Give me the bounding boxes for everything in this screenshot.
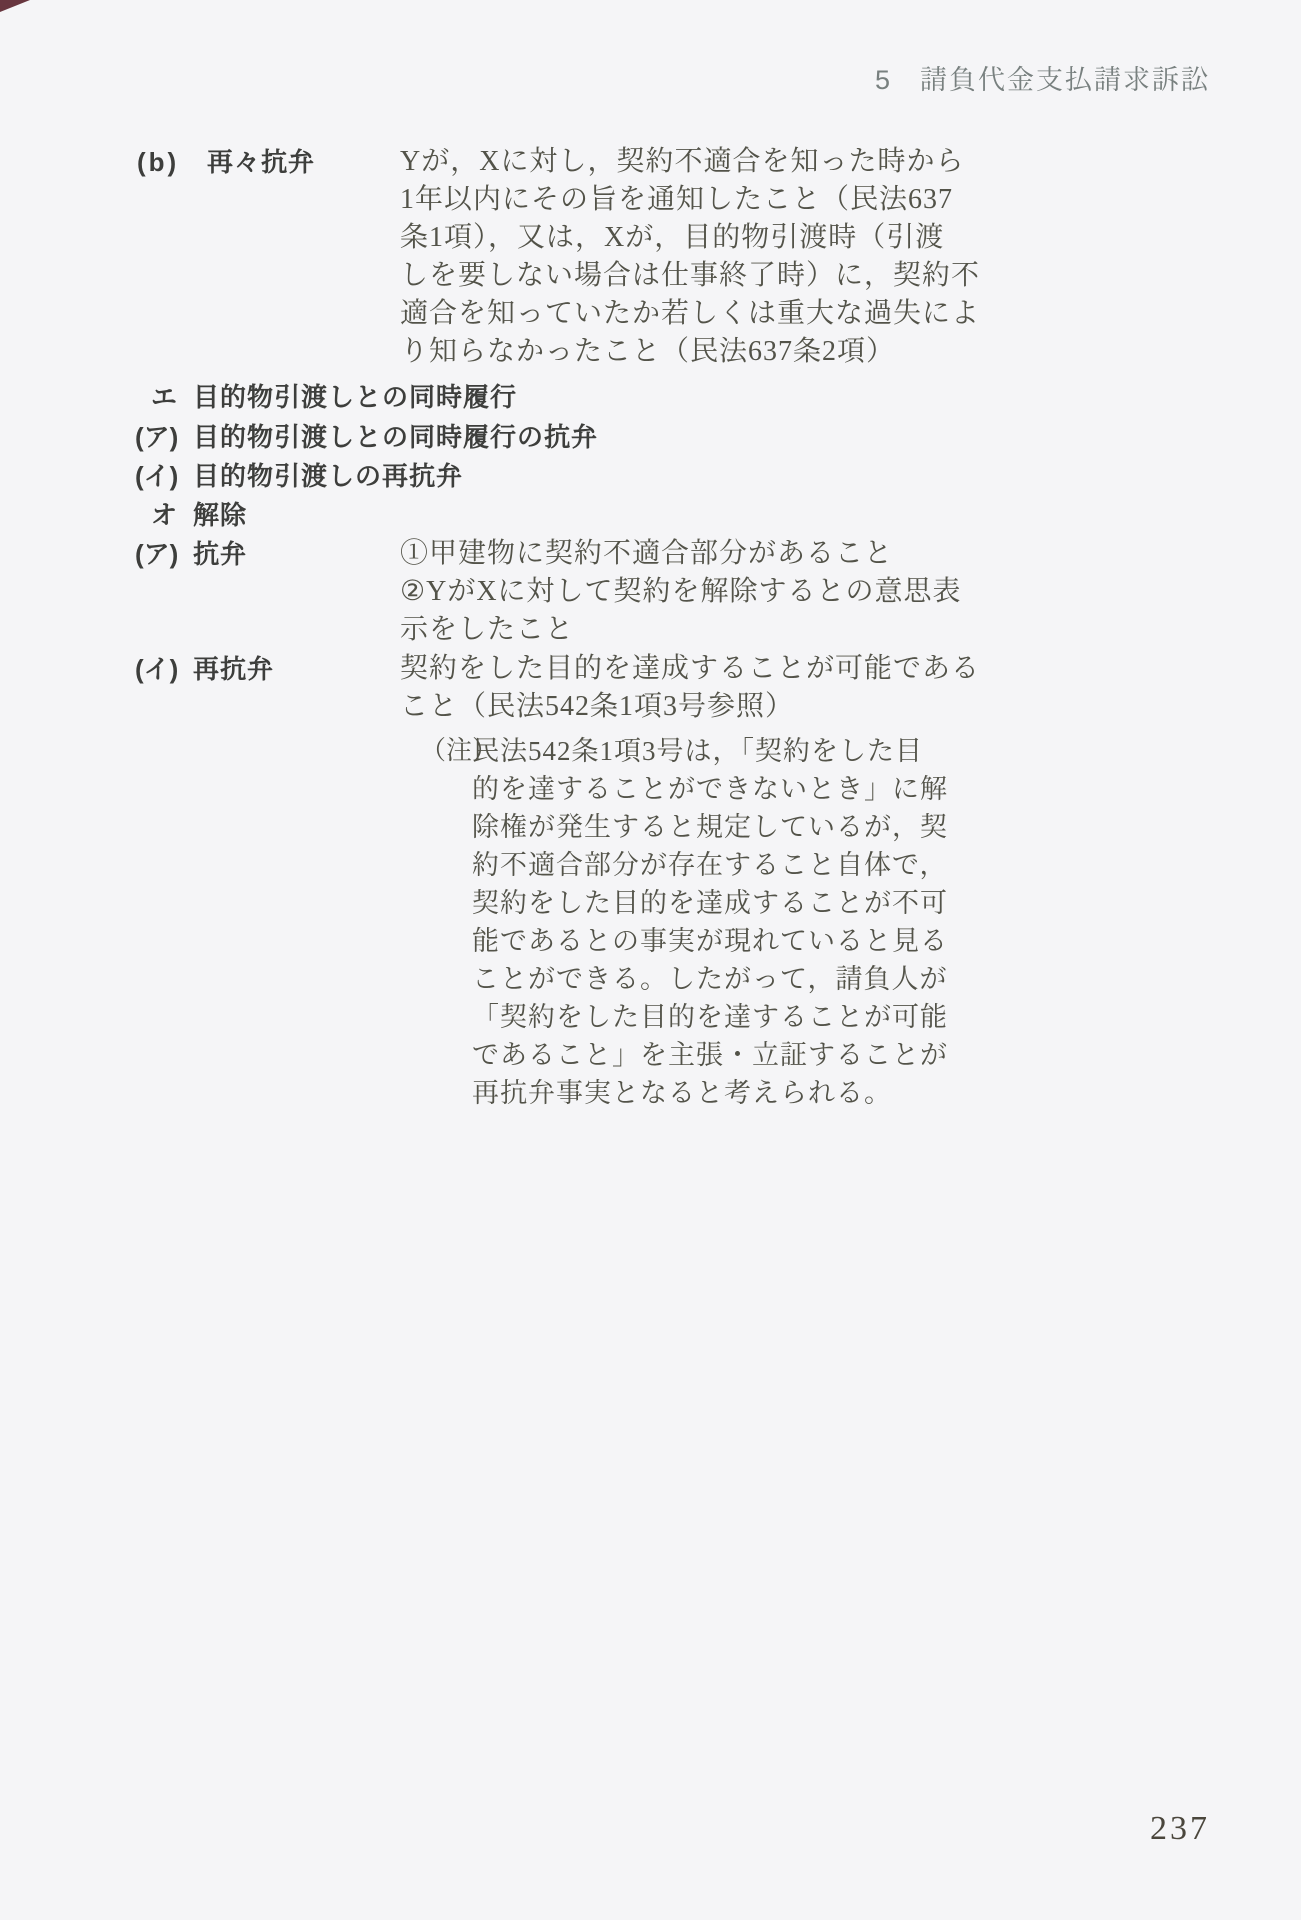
heading-text: 目的物引渡しの再抗弁: [193, 457, 1301, 495]
note-block: （注） 民法542条1項3号は，「契約をした目 的を達することができないとき」に…: [0, 732, 1301, 1112]
text-line: ①甲建物に契約不適合部分があること: [400, 535, 1301, 573]
text-line: こと（民法542条1項3号参照）: [400, 688, 1301, 726]
heading-marker: (ア): [135, 418, 178, 456]
item-body: ①甲建物に契約不適合部分があること ②YがXに対して契約を解除するとの意思表 示…: [400, 535, 1301, 649]
item-marker: (b): [137, 143, 179, 181]
page-number: 237: [1150, 1810, 1210, 1848]
heading-marker: オ: [151, 496, 177, 534]
text-line: しを要しない場合は仕事終了時）に，契約不: [400, 257, 1301, 295]
item-label: 抗弁: [193, 535, 247, 573]
item-label: 再々抗弁: [207, 143, 315, 181]
text-line: 契約をした目的を達成することが不可: [472, 884, 1301, 922]
heading-text: 目的物引渡しとの同時履行の抗弁: [193, 418, 1301, 456]
text-line: 再抗弁事実となると考えられる。: [472, 1074, 1301, 1112]
outline-heading-i1: (イ) 目的物引渡しの再抗弁: [0, 457, 1301, 495]
text-line: 除権が発生すると規定しているが，契: [472, 808, 1301, 846]
outline: (b) 再々抗弁 Yが，Xに対し，契約不適合を知った時から 1年以内にその旨を通…: [0, 0, 1301, 1920]
text-line: 民法542条1項3号は，「契約をした目: [472, 732, 1301, 770]
text-line: 契約をした目的を達成することが可能である: [400, 650, 1301, 688]
item-label: 再抗弁: [193, 650, 274, 688]
text-line: ことができる。したがって，請負人が: [472, 960, 1301, 998]
text-line: 「契約をした目的を達することが可能: [472, 998, 1301, 1036]
text-line: 示をしたこと: [400, 611, 1301, 649]
text-line: 約不適合部分が存在すること自体で，: [472, 846, 1301, 884]
text-line: 的を達することができないとき」に解: [472, 770, 1301, 808]
outline-heading-a1: (ア) 目的物引渡しとの同時履行の抗弁: [0, 418, 1301, 456]
outline-item-b: (b) 再々抗弁 Yが，Xに対し，契約不適合を知った時から 1年以内にその旨を通…: [0, 143, 1301, 371]
heading-text: 解除: [193, 496, 1301, 534]
note-marker: （注）: [420, 732, 498, 770]
text-line: 適合を知っていたか若しくは重大な過失によ: [400, 295, 1301, 333]
document-page: 5 請負代金支払請求訴訟 (b) 再々抗弁 Yが，Xに対し，契約不適合を知った時…: [0, 0, 1301, 1920]
text-line: 1年以内にその旨を通知したこと（民法637: [400, 181, 1301, 219]
text-line: であること」を主張・立証することが: [472, 1036, 1301, 1074]
text-line: り知らなかったこと（民法637条2項）: [400, 333, 1301, 371]
item-marker: (ア): [135, 535, 178, 573]
note-body: 民法542条1項3号は，「契約をした目 的を達することができないとき」に解 除権…: [472, 732, 1301, 1112]
text-line: 条1項），又は，Xが，目的物引渡時（引渡: [400, 219, 1301, 257]
heading-marker: (イ): [135, 457, 178, 495]
outline-heading-e: エ 目的物引渡しとの同時履行: [0, 378, 1301, 416]
text-line: 能であるとの事実が現れていると見る: [472, 922, 1301, 960]
outline-heading-o: オ 解除: [0, 496, 1301, 534]
heading-marker: エ: [151, 378, 177, 416]
heading-text: 目的物引渡しとの同時履行: [193, 378, 1301, 416]
outline-item-kouben: (ア) 抗弁 ①甲建物に契約不適合部分があること ②YがXに対して契約を解除する…: [0, 535, 1301, 649]
text-line: ②YがXに対して契約を解除するとの意思表: [400, 573, 1301, 611]
item-marker: (イ): [135, 650, 178, 688]
text-line: Yが，Xに対し，契約不適合を知った時から: [400, 143, 1301, 181]
outline-item-saikouben: (イ) 再抗弁 契約をした目的を達成することが可能である こと（民法542条1項…: [0, 650, 1301, 726]
item-body: 契約をした目的を達成することが可能である こと（民法542条1項3号参照）: [400, 650, 1301, 726]
item-body: Yが，Xに対し，契約不適合を知った時から 1年以内にその旨を通知したこと（民法6…: [400, 143, 1301, 371]
